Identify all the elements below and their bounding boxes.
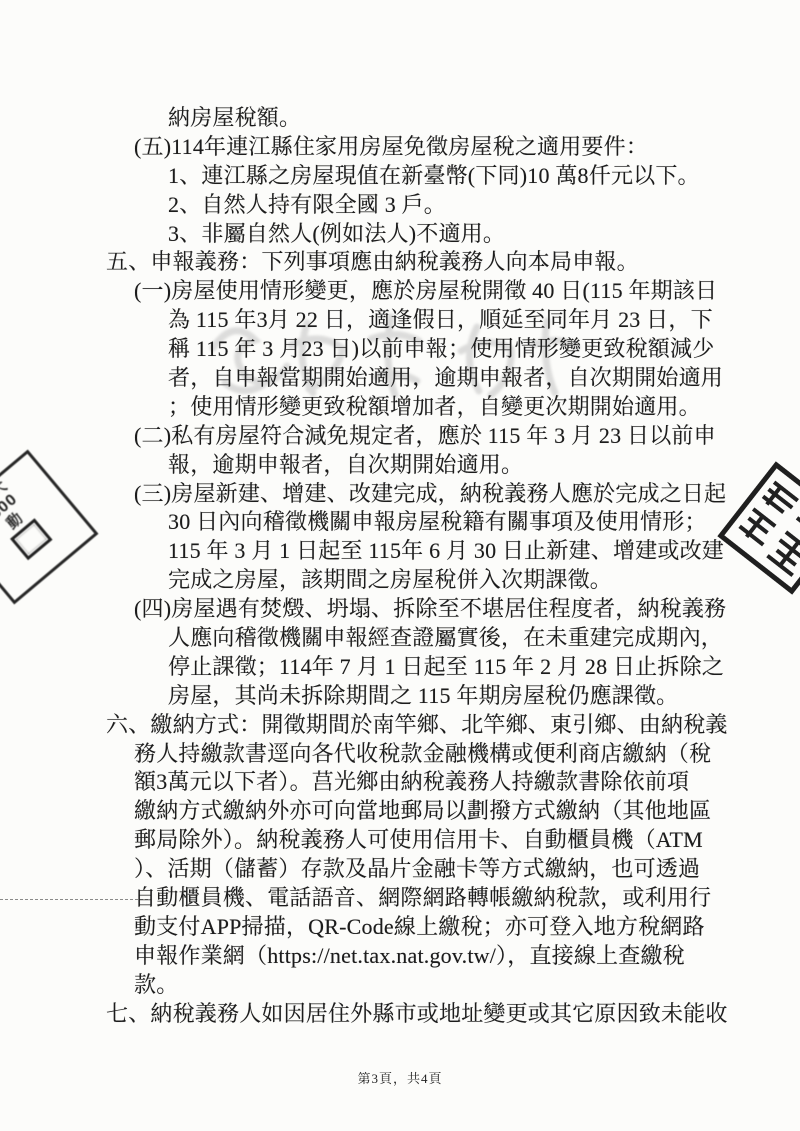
text-line: (三)房屋新建、增建、改建完成，納稅義務人應於完成之日起 [134,480,800,509]
text-line: 自動櫃員機、電話語音、網際網路轉帳繳納稅款，或利用行 [134,884,800,913]
document-body: 納房屋稅額。(五)114年連江縣住家用房屋免徵房屋稅之適用要件：1、連江縣之房屋… [0,104,800,1029]
text-line: (四)房屋遇有焚燬、坍塌、拆除至不堪居住程度者，納稅義務 [134,595,800,624]
text-line: 郵局除外）。納稅義務人可使用信用卡、自動櫃員機（ATM [134,826,800,855]
text-line: 納房屋稅額。 [168,104,800,133]
text-line: (二)私有房屋符合減免規定者，應於 115 年 3 月 23 日以前申 [134,422,800,451]
document-page: 〤大 300 動 納房屋稅額。(五)114年連江縣住家用房屋免徵房屋稅之適用要件… [0,0,800,1131]
text-line: 額3萬元以下者）。莒光鄉由納稅義務人持繳款書除依前項 [134,768,800,797]
text-line: 務人持繳款書逕向各代收稅款金融機構或便利商店繳納（稅 [134,740,800,769]
text-line: ；使用情形變更致稅額增加者，自變更次期開始適用。 [168,393,800,422]
text-line: 五、申報義務：下列事項應由納稅義務人向本局申報。 [106,248,800,277]
text-line: 2、自然人持有限全國 3 戶。 [168,191,800,220]
text-line: 3、非屬自然人(例如法人)不適用。 [168,220,800,249]
page-number-footer: 第3頁，共4頁 [0,1068,800,1087]
text-line: 停止課徵；114年 7 月 1 日起至 115 年 2 月 28 日止拆除之 [168,653,800,682]
text-line: ）、活期（儲蓄）存款及晶片金融卡等方式繳納，也可透過 [134,855,800,884]
text-line: 六、繳納方式：開徵期間於南竿鄉、北竿鄉、東引鄉、由納稅義 [106,711,800,740]
text-line: 房屋，其尚未拆除期間之 115 年期房屋稅仍應課徵。 [168,682,800,711]
text-line: 完成之房屋，該期間之房屋稅併入次期課徵。 [168,566,800,595]
text-line: 115 年 3 月 1 日起至 115年 6 月 30 日止新建、增建或改建 [168,537,800,566]
text-line: 報，逾期申報者，自次期開始適用。 [168,451,800,480]
text-line: 稱 115 年 3 月23 日)以前申報；使用情形變更致稅額減少 [168,335,800,364]
text-line: 為 115 年3月 22 日，適逢假日，順延至同年月 23 日，下 [168,306,800,335]
text-line: 人應向稽徵機關申報經查證屬實後，在未重建完成期內， [168,624,800,653]
text-line: 30 日內向稽徵機關申報房屋稅籍有關事項及使用情形； [168,508,800,537]
text-line: 繳納方式繳納外亦可向當地郵局以劃撥方式繳納（其他地區 [134,797,800,826]
text-line: 者，自申報當期開始適用，逾期申報者，自次期開始適用 [168,364,800,393]
text-line: (五)114年連江縣住家用房屋免徵房屋稅之適用要件： [134,133,800,162]
text-line: 動支付APP掃描，QR-Code線上繳稅；亦可登入地方稅網路 [134,913,800,942]
text-line: 款。 [134,971,800,1000]
text-line: 1、連江縣之房屋現值在新臺幣(下同)10 萬8仟元以下。 [168,162,800,191]
text-line: 申報作業網（https://net.tax.nat.gov.tw/），直接線上查… [134,942,800,971]
text-line: 七、納稅義務人如因居住外縣市或地址變更或其它原因致未能收 [106,1000,800,1029]
text-line: (一)房屋使用情形變更，應於房屋稅開徵 40 日(115 年期該日 [134,277,800,306]
